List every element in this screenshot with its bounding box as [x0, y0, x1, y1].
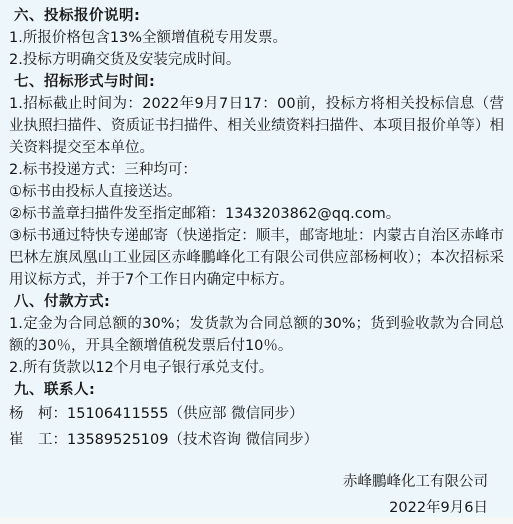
section-bid-form-and-time: 七、招标形式与时间: 1.招标截止时间为：2022年9月7日17：00前，投标方…	[9, 71, 504, 291]
document-page: 六、投标报价说明: 1.所报价格包含13%全额增值税专用发票。 2.投标方明确交…	[0, 0, 513, 524]
section-heading-contacts: 九、联系人:	[9, 379, 504, 401]
section-contacts: 九、联系人: 杨 柯：15106411555（供应部 微信同步） 崔 工：135…	[9, 379, 504, 453]
section-heading-pricing-notes: 六、投标报价说明:	[9, 5, 504, 27]
pricing-note-item-1: 1.所报价格包含13%全额增值税专用发票。	[9, 27, 504, 49]
payment-term-1: 1.定金为合同总额的30%；发货款为合同总额的30%；货到验收款为合同总额的30…	[9, 313, 504, 357]
page-bottom-edge	[0, 517, 513, 524]
section-pricing-notes: 六、投标报价说明: 1.所报价格包含13%全额增值税专用发票。 2.投标方明确交…	[9, 5, 504, 71]
delivery-method-3-express: ③标书通过特快专递邮寄（快递指定：顺丰，邮寄地址：内蒙古自治区赤峰市巴林左旗凤凰…	[9, 225, 504, 291]
signature-block: 赤峰鵬峰化工有限公司 2022年9月6日	[9, 469, 504, 521]
delivery-method-1-direct: ①标书由投标人直接送达。	[9, 181, 504, 203]
section-heading-payment-terms: 八、付款方式:	[9, 291, 504, 313]
section-heading-bid-form-and-time: 七、招标形式与时间:	[9, 71, 504, 93]
document-content: 六、投标报价说明: 1.所报价格包含13%全额增值税专用发票。 2.投标方明确交…	[0, 0, 513, 521]
contact-cui-gong: 崔 工：13589525109（技术咨询 微信同步）	[9, 427, 504, 453]
signature-company: 赤峰鵬峰化工有限公司	[9, 469, 488, 495]
contact-yang-ke: 杨 柯：15106411555（供应部 微信同步）	[9, 401, 504, 427]
payment-term-2: 2.所有货款以12个月电子银行承兑支付。	[9, 357, 504, 379]
delivery-method-2-email: ②标书盖章扫描件发至指定邮箱：1343203862@qq.com。	[9, 203, 504, 225]
section-payment-terms: 八、付款方式: 1.定金为合同总额的30%；发货款为合同总额的30%；货到验收款…	[9, 291, 504, 379]
bid-deadline-paragraph: 1.招标截止时间为：2022年9月7日17：00前，投标方将相关投标信息（营业执…	[9, 93, 504, 159]
bid-delivery-methods-intro: 2.标书投递方式：三种均可：	[9, 159, 504, 181]
pricing-note-item-2: 2.投标方明确交货及安装完成时间。	[9, 49, 504, 71]
